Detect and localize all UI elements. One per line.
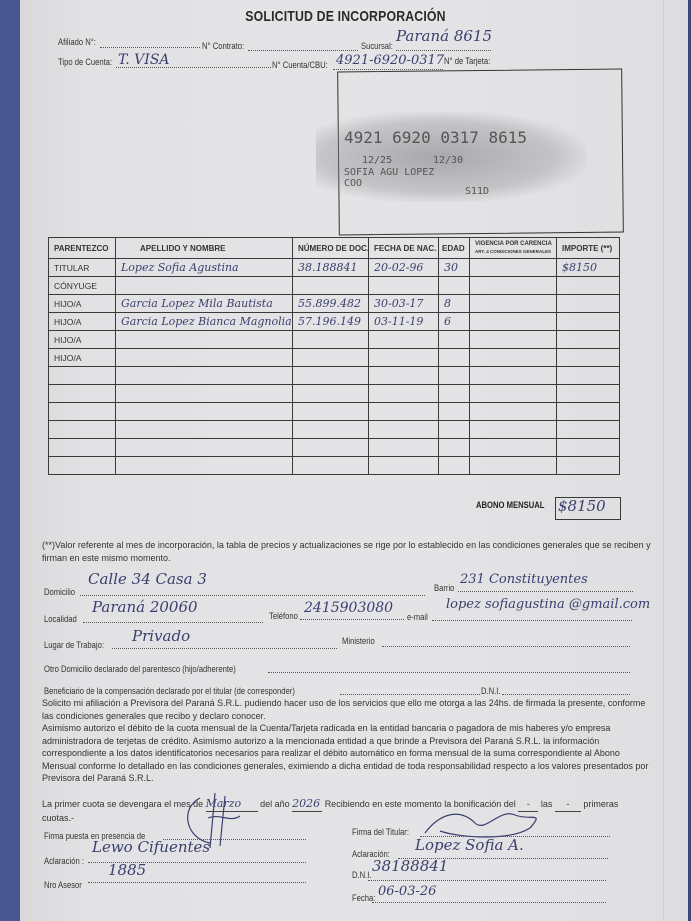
cell-doc[interactable] xyxy=(293,439,369,457)
vigencia-subtitle: ART. 4 CONDICIONES GENERALES xyxy=(475,249,551,254)
table-row xyxy=(49,385,620,403)
cell-fecha[interactable] xyxy=(369,457,439,475)
fecha-value: 06-03-26 xyxy=(378,884,436,899)
cell-vigencia[interactable] xyxy=(470,295,557,313)
cell-parentezco xyxy=(49,421,116,439)
firma-titular-label: Firma del Titular: xyxy=(352,827,409,837)
cell-parentezco xyxy=(49,403,116,421)
cell-edad[interactable] xyxy=(439,439,470,457)
cell-parentezco xyxy=(49,367,116,385)
cell-vigencia[interactable] xyxy=(470,457,557,475)
cell-doc[interactable]: 57.196.149 xyxy=(293,313,369,331)
localidad-label: Localidad xyxy=(44,614,77,624)
cuenta-value: 4921-6920-0317 xyxy=(336,53,444,68)
table-row xyxy=(49,439,620,457)
dni-field[interactable] xyxy=(368,880,606,881)
cell-edad[interactable]: 30 xyxy=(439,259,470,277)
cell-importe[interactable] xyxy=(557,313,620,331)
telefono-field[interactable] xyxy=(300,619,404,620)
cell-nombre[interactable] xyxy=(116,457,293,475)
cell-importe[interactable] xyxy=(557,385,620,403)
cell-doc[interactable] xyxy=(293,457,369,475)
cell-edad[interactable] xyxy=(439,277,470,295)
table-header-row: PARENTEZCO APELLIDO Y NOMBRE NÚMERO DE D… xyxy=(49,238,620,259)
table-row: CÓNYUGE xyxy=(49,277,620,295)
col-edad: EDAD xyxy=(439,238,470,259)
terms-affiliation: Solicito mi afiliación a Previsora del P… xyxy=(42,697,652,722)
cell-edad[interactable] xyxy=(439,331,470,349)
cell-nombre[interactable]: Garcia Lopez Bianca Magnolia xyxy=(116,313,293,331)
table-row: HIJO/A xyxy=(49,331,620,349)
cell-vigencia[interactable] xyxy=(470,385,557,403)
cell-fecha[interactable] xyxy=(369,421,439,439)
table-row: HIJO/A xyxy=(49,349,620,367)
card-valid-thru: 12/30 xyxy=(433,155,463,166)
cell-vigencia[interactable] xyxy=(470,277,557,295)
cell-nombre[interactable] xyxy=(116,439,293,457)
cell-parentezco: TITULAR xyxy=(49,259,116,277)
cell-nombre[interactable]: Lopez Sofia Agustina xyxy=(116,259,293,277)
table-row xyxy=(49,367,620,385)
cell-parentezco xyxy=(49,439,116,457)
card-valid-from: 12/25 xyxy=(362,155,392,166)
cell-parentezco xyxy=(49,385,116,403)
cell-fecha[interactable] xyxy=(369,349,439,367)
cell-fecha[interactable]: 20-02-96 xyxy=(369,259,439,277)
cell-edad[interactable]: 8 xyxy=(439,295,470,313)
lugar-trabajo-label: Lugar de Trabajo: xyxy=(44,640,104,650)
cell-doc[interactable] xyxy=(293,367,369,385)
cell-edad[interactable] xyxy=(439,349,470,367)
beneficiario-dni-label: D.N.I. xyxy=(481,686,501,696)
dni-label: D.N.I. xyxy=(352,870,372,880)
barrio-value: 231 Constituyentes xyxy=(460,572,588,587)
sucursal-field[interactable] xyxy=(396,50,491,51)
cell-importe[interactable] xyxy=(557,331,620,349)
beneficiario-field[interactable] xyxy=(340,694,480,695)
afiliado-field[interactable] xyxy=(100,47,200,48)
paper-fold xyxy=(663,0,664,921)
email-field[interactable] xyxy=(432,620,632,621)
abono-mensual-label: ABONO MENSUAL xyxy=(476,500,544,510)
cell-nombre[interactable] xyxy=(116,421,293,439)
cell-vigencia[interactable] xyxy=(470,259,557,277)
col-nombre: APELLIDO Y NOMBRE xyxy=(116,238,293,259)
cell-vigencia[interactable] xyxy=(470,367,557,385)
domicilio-label: Domicilio xyxy=(44,587,75,597)
cell-parentezco xyxy=(49,457,116,475)
tipo-cuenta-label: Tipo de Cuenta: xyxy=(58,57,112,67)
nro-asesor-field[interactable] xyxy=(88,882,306,883)
cell-edad[interactable] xyxy=(439,403,470,421)
cell-importe[interactable]: $8150 xyxy=(557,259,620,277)
dni-value: 38188841 xyxy=(372,857,448,875)
cell-doc[interactable] xyxy=(293,349,369,367)
cell-vigencia[interactable] xyxy=(470,421,557,439)
otro-domicilio-label: Otro Domicilio declarado del parentesco … xyxy=(44,664,236,674)
beneficiario-dni-field[interactable] xyxy=(502,694,630,695)
ministerio-field[interactable] xyxy=(382,646,630,647)
vigencia-title: VIGENCIA POR CARENCIA xyxy=(475,241,552,247)
card-number: 4921 6920 0317 8615 xyxy=(344,128,527,147)
cell-fecha[interactable] xyxy=(369,385,439,403)
cell-edad[interactable] xyxy=(439,385,470,403)
cell-fecha[interactable] xyxy=(369,277,439,295)
localidad-value: Paraná 20060 xyxy=(92,598,198,616)
cell-fecha[interactable] xyxy=(369,439,439,457)
cell-importe[interactable] xyxy=(557,403,620,421)
cell-importe[interactable] xyxy=(557,421,620,439)
cell-vigencia[interactable] xyxy=(470,313,557,331)
domicilio-field[interactable] xyxy=(80,595,425,596)
fecha-field[interactable] xyxy=(372,902,606,903)
cell-doc[interactable] xyxy=(293,331,369,349)
cell-doc[interactable]: 55.899.482 xyxy=(293,295,369,313)
cell-fecha[interactable] xyxy=(369,403,439,421)
cell-doc[interactable] xyxy=(293,277,369,295)
col-importe: IMPORTE (**) xyxy=(557,238,620,259)
cell-fecha[interactable] xyxy=(369,331,439,349)
cell-fecha[interactable]: 03-11-19 xyxy=(369,313,439,331)
cell-importe[interactable] xyxy=(557,277,620,295)
cell-edad[interactable] xyxy=(439,421,470,439)
cell-importe[interactable] xyxy=(557,439,620,457)
nro-asesor-label: Nro Asesor xyxy=(44,880,82,890)
table-row xyxy=(49,403,620,421)
cell-parentezco: HIJO/A xyxy=(49,295,116,313)
aclaracion-left-value: Lewo Cifuentes xyxy=(92,838,210,856)
cuota-anio-value: 2026 xyxy=(292,797,320,810)
tarjeta-label: N° de Tarjeta: xyxy=(444,56,490,66)
lugar-trabajo-value: Privado xyxy=(132,627,190,645)
localidad-field[interactable] xyxy=(83,622,263,623)
cell-nombre[interactable] xyxy=(116,349,293,367)
telefono-label: Teléfono xyxy=(269,611,298,621)
afiliado-label: Afiliado N°: xyxy=(58,37,96,47)
cell-vigencia[interactable] xyxy=(470,403,557,421)
cell-importe[interactable] xyxy=(557,349,620,367)
ministerio-label: Ministerio xyxy=(342,636,375,646)
email-value: lopez sofiagustina @gmail.com xyxy=(446,598,666,612)
col-doc: NÚMERO DE DOC. xyxy=(293,238,369,259)
price-note: (**)Valor referente al mes de incorporac… xyxy=(42,539,652,564)
cell-vigencia[interactable] xyxy=(470,349,557,367)
table-row xyxy=(49,421,620,439)
cell-nombre[interactable] xyxy=(116,331,293,349)
table-row: HIJO/AGarcia Lopez Bianca Magnolia57.196… xyxy=(49,313,620,331)
cell-fecha[interactable]: 30-03-17 xyxy=(369,295,439,313)
family-table: PARENTEZCO APELLIDO Y NOMBRE NÚMERO DE D… xyxy=(48,237,620,475)
cell-importe[interactable] xyxy=(557,457,620,475)
cell-vigencia[interactable] xyxy=(470,439,557,457)
cell-nombre[interactable]: Garcia Lopez Mila Bautista xyxy=(116,295,293,313)
otro-domicilio-field[interactable] xyxy=(268,672,630,673)
cell-edad[interactable]: 6 xyxy=(439,313,470,331)
cell-parentezco: HIJO/A xyxy=(49,349,116,367)
contrato-label: N° Contrato: xyxy=(202,41,244,51)
cuota-anio-label: del año xyxy=(260,799,290,809)
lugar-trabajo-field[interactable] xyxy=(112,648,337,649)
aclaracion-left-label: Aclaración : xyxy=(44,856,84,866)
terms-debit-authorization: Asimismo autorizo el débito de la cuota … xyxy=(42,722,652,785)
cell-edad[interactable] xyxy=(439,457,470,475)
nro-asesor-value: 1885 xyxy=(108,861,146,879)
aclaracion-right-value: Lopez Sofia A. xyxy=(415,836,524,854)
tipo-cuenta-value: T. VISA xyxy=(118,52,170,68)
cell-importe[interactable] xyxy=(557,367,620,385)
barrio-field[interactable] xyxy=(458,591,633,592)
domicilio-value: Calle 34 Casa 3 xyxy=(88,570,207,588)
email-label: e-mail xyxy=(407,612,428,622)
first-installment-line: La primer cuota se devengara el mes de M… xyxy=(42,798,652,824)
col-fecha: FECHA DE NAC. xyxy=(369,238,439,259)
sucursal-value: Paraná 8615 xyxy=(396,27,492,45)
cell-doc[interactable]: 38.188841 xyxy=(293,259,369,277)
cell-doc[interactable] xyxy=(293,403,369,421)
barrio-label: Barrio xyxy=(434,583,454,593)
sucursal-label: Sucursal: xyxy=(361,41,393,51)
table-row xyxy=(49,457,620,475)
card-holder: SOFIA AGU LOPEZ xyxy=(344,167,434,178)
cell-nombre[interactable] xyxy=(116,277,293,295)
cell-edad[interactable] xyxy=(439,367,470,385)
abono-mensual-value: $8150 xyxy=(558,497,606,515)
las-value: - xyxy=(566,799,569,809)
form-title: SOLICITUD DE INCORPORACIÓN xyxy=(62,8,629,25)
card-line3-left: COO xyxy=(344,178,362,189)
cell-parentezco: HIJO/A xyxy=(49,313,116,331)
cell-fecha[interactable] xyxy=(369,367,439,385)
cuenta-label: N° Cuenta/CBU: xyxy=(272,60,328,70)
cell-parentezco: HIJO/A xyxy=(49,331,116,349)
beneficiario-label: Beneficiario de la compensación declarad… xyxy=(44,686,295,696)
cell-importe[interactable] xyxy=(557,295,620,313)
cell-doc[interactable] xyxy=(293,385,369,403)
cell-nombre[interactable] xyxy=(116,367,293,385)
cell-vigencia[interactable] xyxy=(470,331,557,349)
cell-parentezco: CÓNYUGE xyxy=(49,277,116,295)
contrato-field[interactable] xyxy=(248,50,358,51)
table-row: TITULARLopez Sofia Agustina38.18884120-0… xyxy=(49,259,620,277)
cell-doc[interactable] xyxy=(293,421,369,439)
table-row: HIJO/AGarcia Lopez Mila Bautista55.899.4… xyxy=(49,295,620,313)
col-parentezco: PARENTEZCO xyxy=(49,238,116,259)
telefono-value: 2415903080 xyxy=(304,600,393,616)
las-field[interactable]: - xyxy=(555,798,581,812)
cuota-anio-field[interactable]: 2026 xyxy=(292,798,322,812)
cell-nombre[interactable] xyxy=(116,385,293,403)
cell-nombre[interactable] xyxy=(116,403,293,421)
card-line3-right: S11D xyxy=(465,186,489,197)
col-vigencia: VIGENCIA POR CARENCIAART. 4 CONDICIONES … xyxy=(470,238,557,259)
